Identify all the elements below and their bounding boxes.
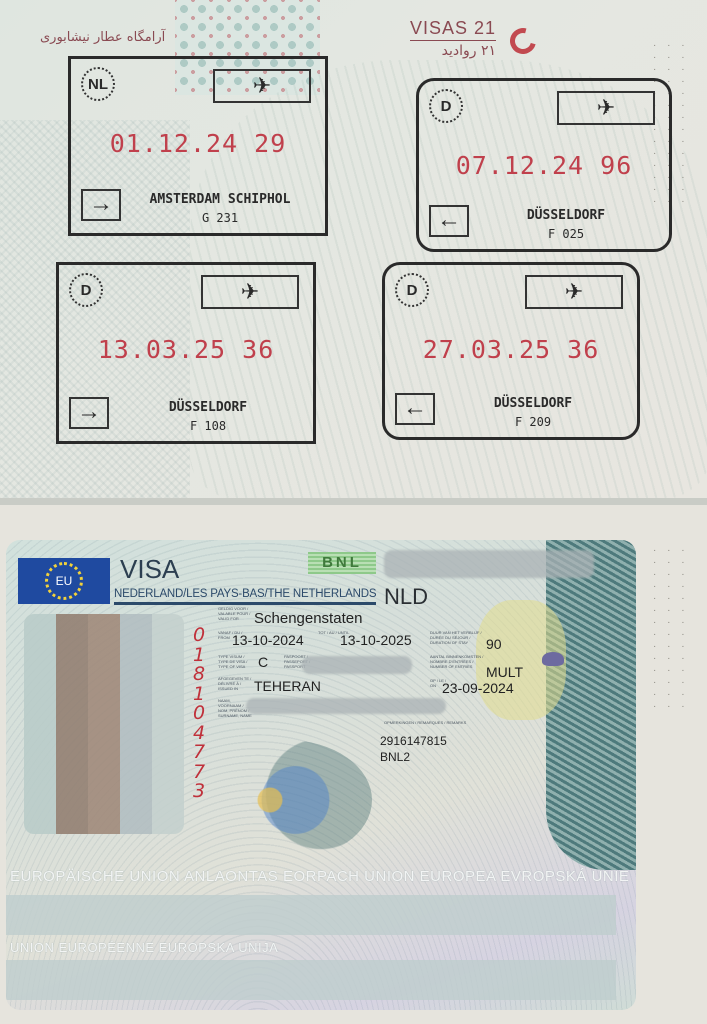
stamp-code: F 209 <box>435 415 631 429</box>
stamp-place: DÜSSELDORF <box>435 396 631 411</box>
issue-date-value: 23-09-2024 <box>442 680 514 696</box>
valid-from-value: 13-10-2024 <box>232 632 304 648</box>
exit-stamp-dusseldorf-2: D ✈ 27.03.25 36 ← DÜSSELDORF F 209 <box>382 262 640 440</box>
holder-photo-redacted <box>24 614 184 834</box>
issuer-badge: BNL <box>308 552 376 574</box>
stamp-code: G 231 <box>121 211 319 225</box>
entry-arrow-icon: → <box>69 397 109 429</box>
redacted-field <box>302 656 412 674</box>
stamp-place: DÜSSELDORF <box>469 208 663 223</box>
perforation-dots: · · · · · · · · · · · · · · · · · · · · … <box>653 545 693 1005</box>
visa-title: VISA <box>120 554 179 585</box>
country-code-circle: D <box>429 89 463 123</box>
stamp-date: 01.12.24 29 <box>71 129 325 158</box>
visa-type-value: C <box>258 654 268 670</box>
airplane-icon: ✈ <box>557 91 655 125</box>
redacted-name <box>246 698 446 714</box>
eu-band-text: UNION EUROPÉENNE EUROPSKA UNIJA <box>10 940 278 955</box>
country-code-circle: D <box>395 273 429 307</box>
redacted-mrz-line-1 <box>6 895 616 935</box>
airplane-icon: ✈ <box>525 275 623 309</box>
stamp-date: 27.03.25 36 <box>385 335 637 364</box>
stamp-date: 07.12.24 96 <box>419 151 669 180</box>
entry-stamp-amsterdam: NL ✈ 01.12.24 29 → AMSTERDAM SCHIPHOL G … <box>68 56 328 236</box>
serial-digit: 0 <box>190 626 208 646</box>
issuer-code-value: BNL2 <box>380 750 410 764</box>
hologram-star-emblem <box>202 740 372 860</box>
label-entries: AANTAL BINNENKOMSTEN / NOMBRE D'ENTRÉES … <box>430 654 490 669</box>
label-valid-for: GELDIG VOOR / VALABLE POUR / VALID FOR <box>218 606 254 621</box>
visas-title-persian: ۲۱ روادید <box>410 43 496 59</box>
page-caption-persian: آرامگاه عطار نیشابوری <box>40 30 165 45</box>
airplane-icon: ✈ <box>201 275 299 309</box>
schengen-visa-sticker: EU VISA NEDERLAND/LES PAYS-BAS/THE NETHE… <box>6 540 636 1010</box>
visa-issuing-country: NEDERLAND/LES PAYS-BAS/THE NETHERLANDS <box>114 588 376 605</box>
label-issued-in: AFGEGEVEN TE / DÉLIVRÉ À / ISSUED IN <box>218 676 254 691</box>
passport-lower-page: · · · · · · · · · · · · · · · · · · · · … <box>0 505 707 1024</box>
issued-in-value: TEHERAN <box>254 678 321 694</box>
exit-arrow-icon: ← <box>395 393 435 425</box>
stamp-date: 13.03.25 36 <box>59 335 313 364</box>
redacted-field <box>384 550 594 578</box>
entries-value: MULT <box>486 664 523 680</box>
valid-for-value: Schengenstaten <box>254 610 362 627</box>
serial-digit: 8 <box>190 665 208 685</box>
eu-flag: EU <box>18 558 110 604</box>
passport-number-value: 2916147815 <box>380 734 447 748</box>
redacted-mrz-line-2 <box>6 960 616 1000</box>
duration-value: 90 <box>486 636 502 652</box>
serial-digit: 0 <box>190 704 208 724</box>
exit-arrow-icon: ← <box>429 205 469 237</box>
visas-page-label: VISAS 21 ۲۱ روادید <box>410 18 496 59</box>
animal-emblem-icon <box>542 652 564 666</box>
entry-arrow-icon: → <box>81 189 121 221</box>
label-duration: DUUR VAN HET VERBLIJF / DURÉE DU SÉJOUR … <box>430 630 490 645</box>
label-remarks: OPMERKINGEN / REMARQUES / REMARKS <box>384 720 484 725</box>
eu-label: EU <box>56 574 73 588</box>
valid-until-value: 13-10-2025 <box>340 632 412 648</box>
country-code-circle: D <box>69 273 103 307</box>
country-code-circle: NL <box>81 67 115 101</box>
country-code: NLD <box>384 584 428 610</box>
exit-stamp-dusseldorf-1: D ✈ 07.12.24 96 ← DÜSSELDORF F 025 <box>416 78 672 252</box>
eu-band-text: EUROPÄISCHE UNION ANLAONTAS EORPACH UNIO… <box>10 868 629 885</box>
airplane-icon: ✈ <box>213 69 311 103</box>
stamp-code: F 025 <box>469 227 663 241</box>
security-print-band <box>546 540 636 870</box>
stamp-place: AMSTERDAM SCHIPHOL <box>121 192 319 207</box>
label-type: TYPE VISUM / TYPE DE VISA / TYPE OF VISA <box>218 654 254 669</box>
visas-title: VISAS 21 <box>410 18 496 41</box>
stamp-place: DÜSSELDORF <box>109 400 307 415</box>
visas-logo-icon <box>505 23 541 59</box>
passport-upper-page: آرامگاه عطار نیشابوری VISAS 21 ۲۱ روادید… <box>0 0 707 500</box>
entry-stamp-dusseldorf: D ✈ 13.03.25 36 → DÜSSELDORF F 108 <box>56 262 316 444</box>
stamp-code: F 108 <box>109 419 307 433</box>
serial-digit: 7 <box>190 743 208 763</box>
visa-serial-number: 0 1 8 1 0 4 7 7 3 <box>190 626 208 802</box>
